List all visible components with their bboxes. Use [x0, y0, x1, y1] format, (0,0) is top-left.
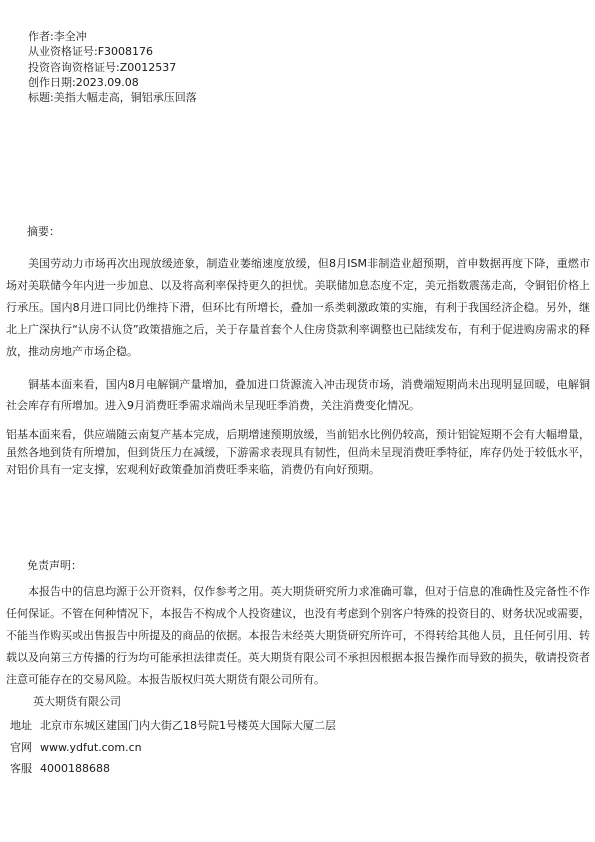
- website-label: 官网: [10, 739, 40, 755]
- contact-row-website: 官网 www.ydfut.com.cn: [10, 739, 336, 761]
- hotline-label: 客服: [10, 760, 40, 776]
- meta-date-line: 创作日期:2023.09.08: [28, 75, 197, 90]
- report-page: 作者:李全冲 从业资格证号:F3008176 投资咨询资格证号:Z0012537…: [0, 0, 595, 842]
- meta-author-line: 作者:李全冲: [28, 29, 197, 44]
- meta-title-line: 标题:美指大幅走高，铜铝承压回落: [28, 90, 197, 105]
- contact-row-address: 地址 北京市东城区建国门内大街乙18号院1号楼英大国际大厦二层: [10, 717, 336, 739]
- website-url: www.ydfut.com.cn: [40, 741, 142, 754]
- summary-paragraph-macro: 美国劳动力市场再次出现放缓迹象，制造业萎缩速度放缓，但8月ISM非制造业超预期，…: [6, 253, 590, 363]
- disclaimer-body: 本报告中的信息均源于公开资料，仅作参考之用。英大期货研究所力求准确可靠，但对于信…: [6, 581, 590, 691]
- meta-practice-license-line: 从业资格证号:F3008176: [28, 44, 197, 59]
- disclaimer-heading: 免责声明：: [27, 559, 82, 573]
- meta-advisory-license-line: 投资咨询资格证号:Z0012537: [28, 60, 197, 75]
- contact-row-hotline: 客服 4000188688: [10, 760, 336, 782]
- summary-paragraph-copper: 铜基本面来看，国内8月电解铜产量增加，叠加进口货源流入冲击现货市场，消费端短期尚…: [6, 374, 590, 416]
- report-meta-block: 作者:李全冲 从业资格证号:F3008176 投资咨询资格证号:Z0012537…: [28, 29, 197, 105]
- company-name: 英大期货有限公司: [33, 695, 121, 709]
- summary-heading: 摘要：: [27, 225, 60, 239]
- address-value: 北京市东城区建国门内大街乙18号院1号楼英大国际大厦二层: [40, 717, 336, 733]
- summary-paragraph-aluminum: 铝基本面来看，供应端随云南复产基本完成，后期增速预期放缓，当前铝水比例仍较高，预…: [6, 426, 590, 479]
- hotline-number: 4000188688: [40, 762, 110, 775]
- address-label: 地址: [10, 717, 40, 733]
- contact-footer: 地址 北京市东城区建国门内大街乙18号院1号楼英大国际大厦二层 官网 www.y…: [10, 717, 336, 782]
